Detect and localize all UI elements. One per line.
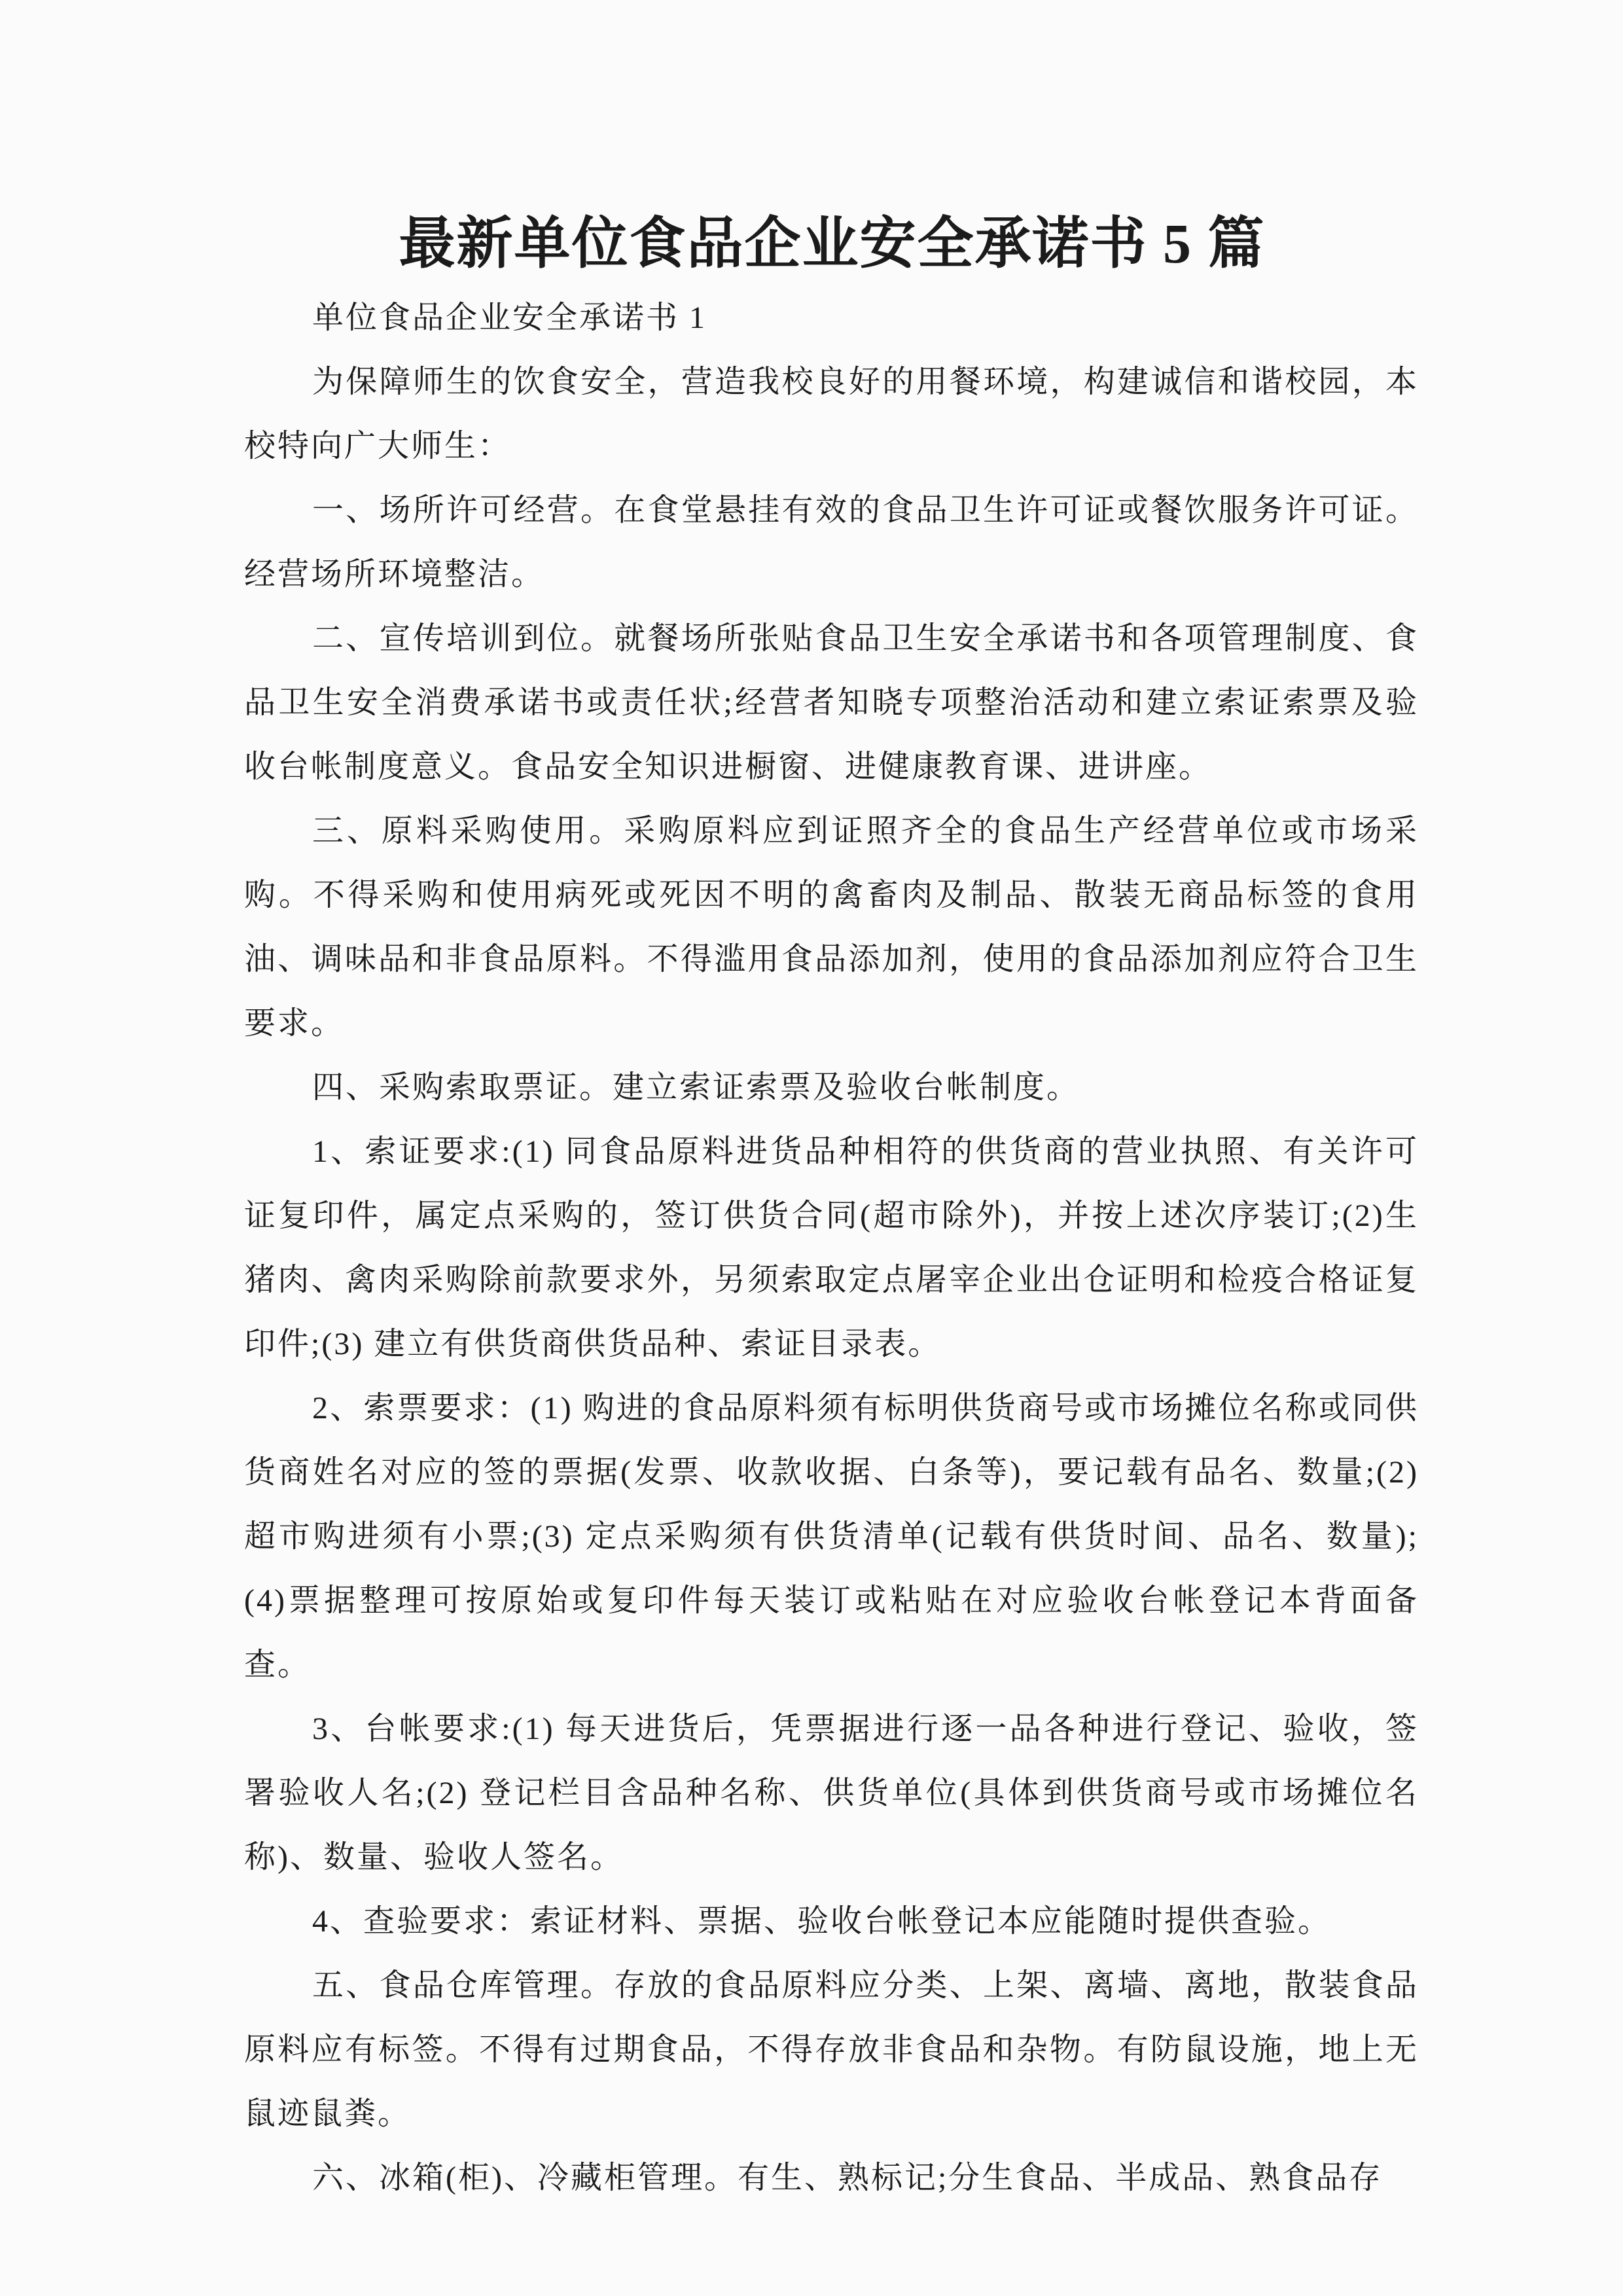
paragraph: 二、宣传培训到位。就餐场所张贴食品卫生安全承诺书和各项管理制度、食品卫生安全消费… [244, 607, 1419, 799]
paragraph: 为保障师生的饮食安全，营造我校良好的用餐环境，构建诚信和谐校园，本校特向广大师生… [244, 350, 1419, 478]
paragraph: 2、索票要求：(1) 购进的食品原料须有标明供货商号或市场摊位名称或同供货商姓名… [244, 1376, 1419, 1697]
section-heading: 单位食品企业安全承诺书 1 [244, 286, 1419, 350]
document-page: 最新单位食品企业安全承诺书 5 篇 单位食品企业安全承诺书 1 为保障师生的饮食… [0, 0, 1623, 2296]
paragraph: 一、场所许可经营。在食堂悬挂有效的食品卫生许可证或餐饮服务许可证。经营场所环境整… [244, 478, 1419, 607]
paragraph: 4、查验要求：索证材料、票据、验收台帐登记本应能随时提供查验。 [244, 1890, 1419, 1954]
paragraph: 1、索证要求:(1) 同食品原料进货品种相符的供货商的营业执照、有关许可证复印件… [244, 1120, 1419, 1376]
paragraph: 五、食品仓库管理。存放的食品原料应分类、上架、离墙、离地，散装食品原料应有标签。… [244, 1954, 1419, 2146]
document-body: 单位食品企业安全承诺书 1 为保障师生的饮食安全，营造我校良好的用餐环境，构建诚… [244, 286, 1419, 2210]
document-title: 最新单位食品企业安全承诺书 5 篇 [244, 204, 1420, 283]
paragraph: 3、台帐要求:(1) 每天进货后，凭票据进行逐一品各种进行登记、验收，签署验收人… [244, 1697, 1419, 1890]
paragraph: 六、冰箱(柜)、冷藏柜管理。有生、熟标记;分生食品、半成品、熟食品存 [244, 2146, 1419, 2210]
paragraph: 四、采购索取票证。建立索证索票及验收台帐制度。 [244, 1056, 1419, 1120]
paragraph: 三、原料采购使用。采购原料应到证照齐全的食品生产经营单位或市场采购。不得采购和使… [244, 799, 1419, 1056]
